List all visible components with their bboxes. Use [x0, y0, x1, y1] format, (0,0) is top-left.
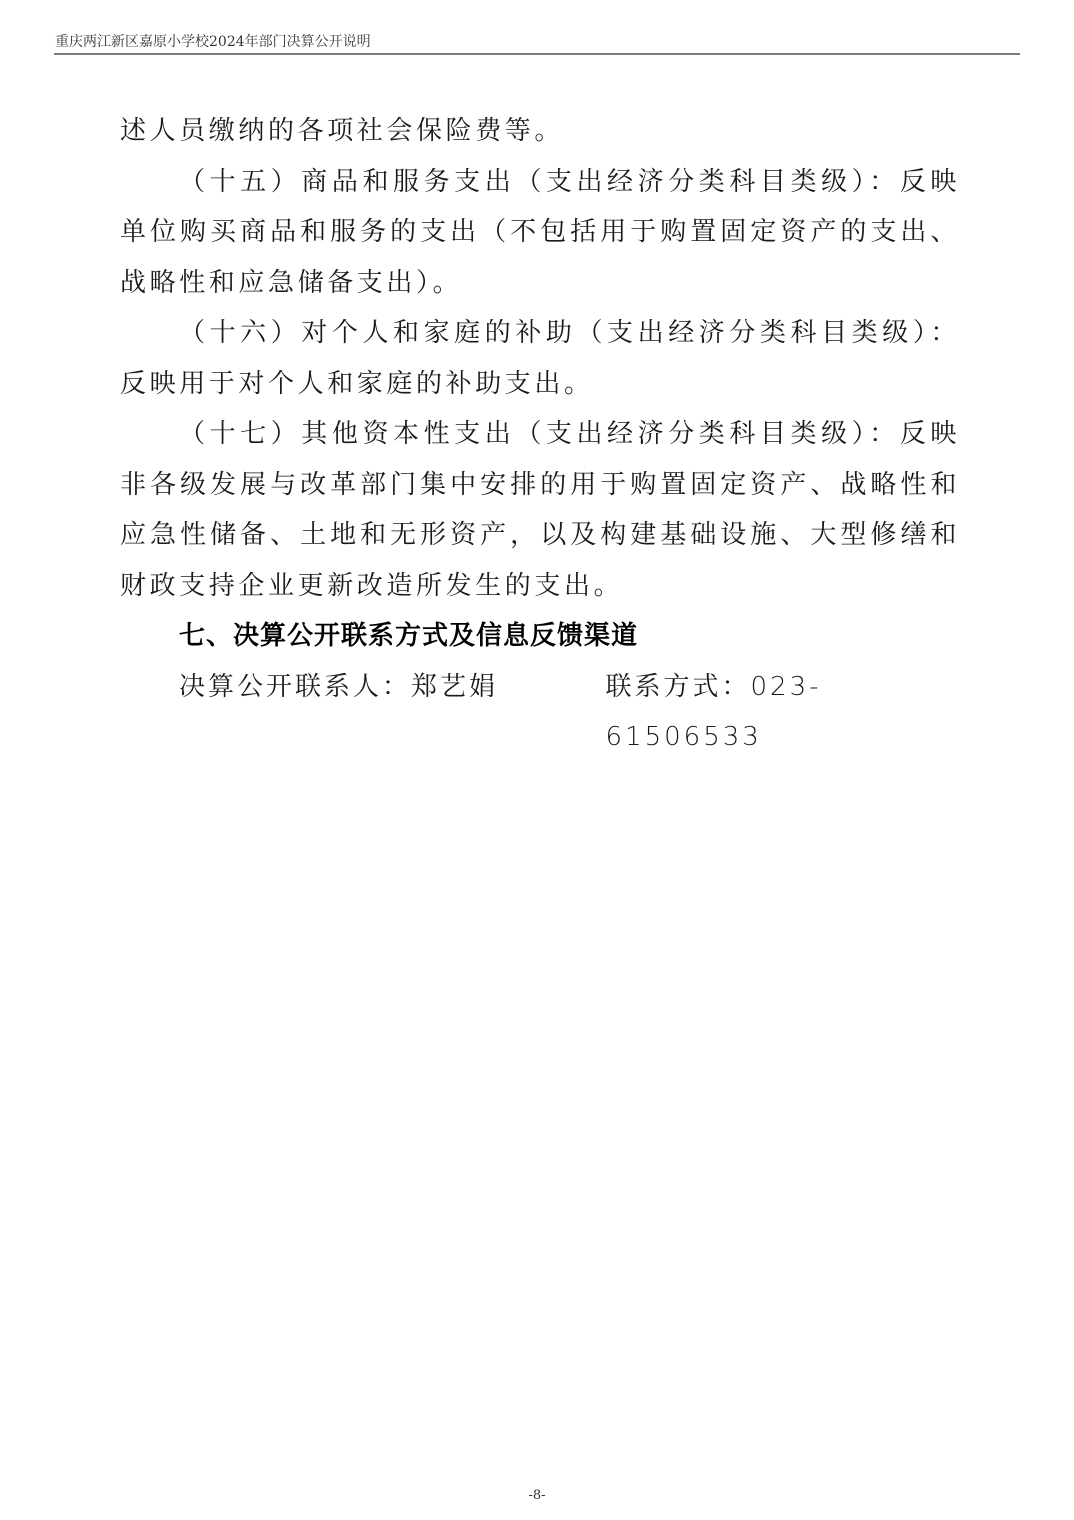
- document-body: 述人员缴纳的各项社会保险费等。 （十五）商品和服务支出（支出经济分类科目类级）：…: [120, 106, 960, 763]
- contact-phone: 联系方式：023-61506533: [606, 662, 961, 763]
- contact-line: 决算公开联系人：郑艺娟 联系方式：023-61506533: [120, 662, 960, 763]
- paragraph-item-17: （十七）其他资本性支出（支出经济分类科目类级）：反映非各级发展与改革部门集中安排…: [120, 409, 960, 611]
- page-number: -8-: [0, 1488, 1074, 1503]
- header-divider: [54, 53, 1020, 55]
- paragraph-continuation: 述人员缴纳的各项社会保险费等。: [120, 106, 960, 157]
- running-header-title: 重庆两江新区嘉原小学校2024年部门决算公开说明: [55, 31, 371, 51]
- section-heading-contact: 七、决算公开联系方式及信息反馈渠道: [120, 611, 960, 662]
- contact-person: 决算公开联系人：郑艺娟: [179, 662, 606, 763]
- paragraph-item-16: （十六）对个人和家庭的补助（支出经济分类科目类级）：反映用于对个人和家庭的补助支…: [120, 308, 960, 409]
- paragraph-item-15: （十五）商品和服务支出（支出经济分类科目类级）：反映单位购买商品和服务的支出（不…: [120, 157, 960, 309]
